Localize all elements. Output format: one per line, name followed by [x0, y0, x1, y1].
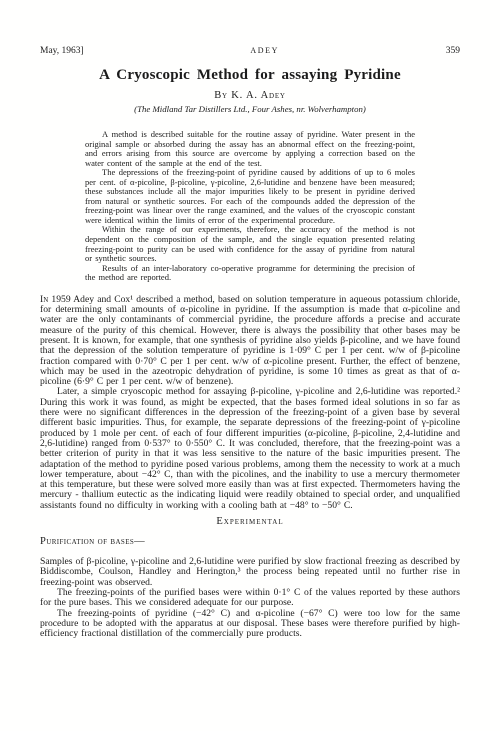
paragraph: Samples of β-picoline, γ-picoline and 2,…	[40, 557, 460, 588]
affiliation: (The Midland Tar Distillers Ltd., Four A…	[40, 104, 460, 114]
running-head-issue-date: May, 1963]	[40, 46, 84, 56]
running-head-author: ADEY	[250, 46, 279, 56]
text-run: A method is described suitable for the r…	[85, 129, 415, 168]
paragraph: Within the range of our experiments, the…	[85, 225, 415, 263]
abstract: A method is described suitable for the r…	[85, 130, 415, 283]
running-head: May, 1963] ADEY 359	[40, 46, 460, 56]
text-run: The freezing-points of pyridine (−42° C)…	[40, 608, 460, 640]
text-run: 1959 Adey and Cox¹ described a method, b…	[40, 294, 460, 387]
introduction-text: In 1959 Adey and Cox¹ described a method…	[40, 295, 460, 511]
page-number: 359	[446, 46, 460, 56]
paragraph: The depressions of the freezing-point of…	[85, 168, 415, 225]
paragraph: The freezing-points of pyridine (−42° C)…	[40, 609, 460, 640]
text-run: The freezing-points of the purified base…	[40, 587, 460, 608]
byline: By K. A. Adey	[40, 90, 460, 101]
paragraph: Results of an inter-laboratory co-operat…	[85, 264, 415, 283]
text-run: Results of an inter-laboratory co-operat…	[85, 263, 415, 283]
journal-page: May, 1963] ADEY 359 A Cryoscopic Method …	[0, 0, 500, 731]
text-run: The depressions of the freezing-point of…	[85, 167, 415, 225]
experimental-text: Samples of β-picoline, γ-picoline and 2,…	[40, 557, 460, 639]
text-run: Later, a simple cryoscopic method for as…	[40, 386, 460, 510]
article-title: A Cryoscopic Method for assaying Pyridin…	[40, 67, 460, 84]
experimental-heading: Experimental	[40, 516, 460, 527]
purification-of-bases-heading: Purification of bases—	[40, 536, 460, 547]
text-run: Within the range of our experiments, the…	[85, 224, 415, 263]
text-run: Samples of β-picoline, γ-picoline and 2,…	[40, 556, 460, 588]
paragraph: The freezing-points of the purified base…	[40, 588, 460, 609]
paragraph: Later, a simple cryoscopic method for as…	[40, 387, 460, 511]
paragraph: A method is described suitable for the r…	[85, 130, 415, 168]
paragraph: In 1959 Adey and Cox¹ described a method…	[40, 295, 460, 388]
